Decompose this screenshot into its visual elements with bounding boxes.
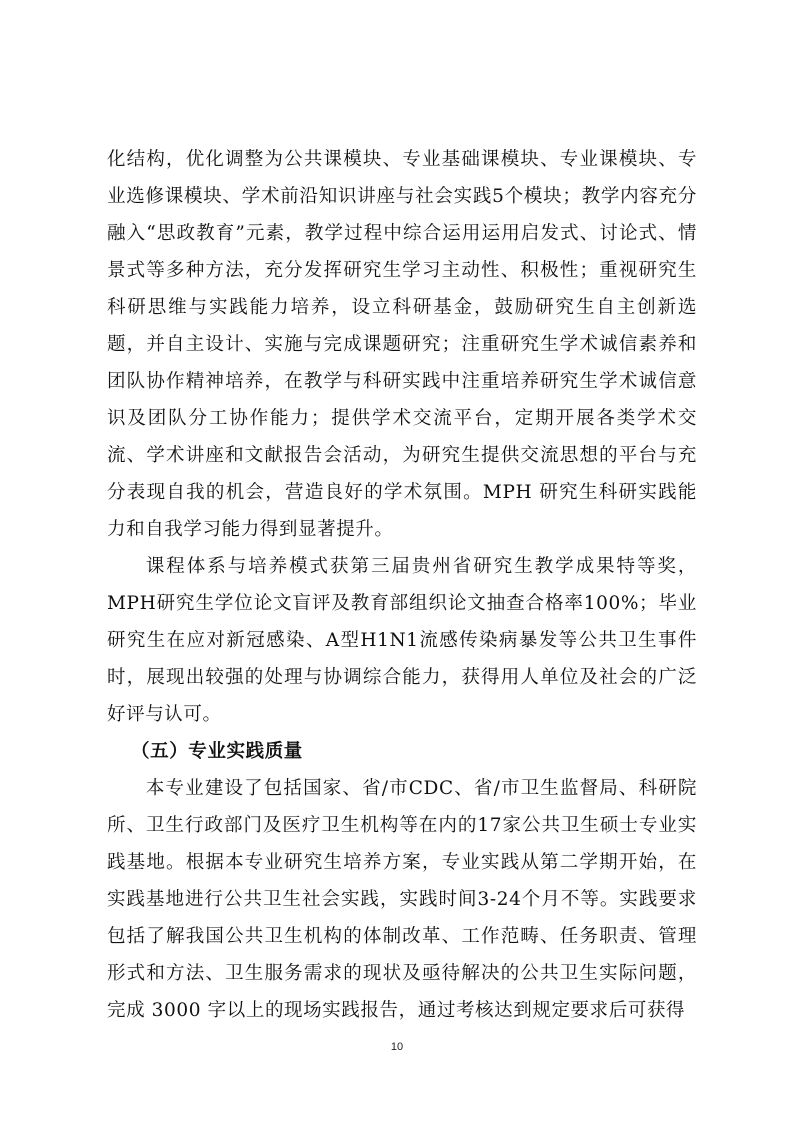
section-heading-practice-quality: （五）专业实践质量 (107, 733, 697, 770)
paragraph-teaching-achievement: 课程体系与培养模式获第三届贵州省研究生教学成果特等奖，MPH研究生学位论文盲评及… (107, 548, 697, 733)
paragraph-practice-bases: 本专业建设了包括国家、省/市CDC、省/市卫生监督局、科研院所、卫生行政部门及医… (107, 770, 697, 1029)
paragraph-curriculum-structure: 化结构，优化调整为公共课模块、专业基础课模块、专业课模块、专业选修课模块、学术前… (107, 141, 697, 548)
document-page: 化结构，优化调整为公共课模块、专业基础课模块、专业课模块、专业选修课模块、学术前… (107, 141, 697, 1029)
page-number: 10 (0, 1041, 794, 1053)
